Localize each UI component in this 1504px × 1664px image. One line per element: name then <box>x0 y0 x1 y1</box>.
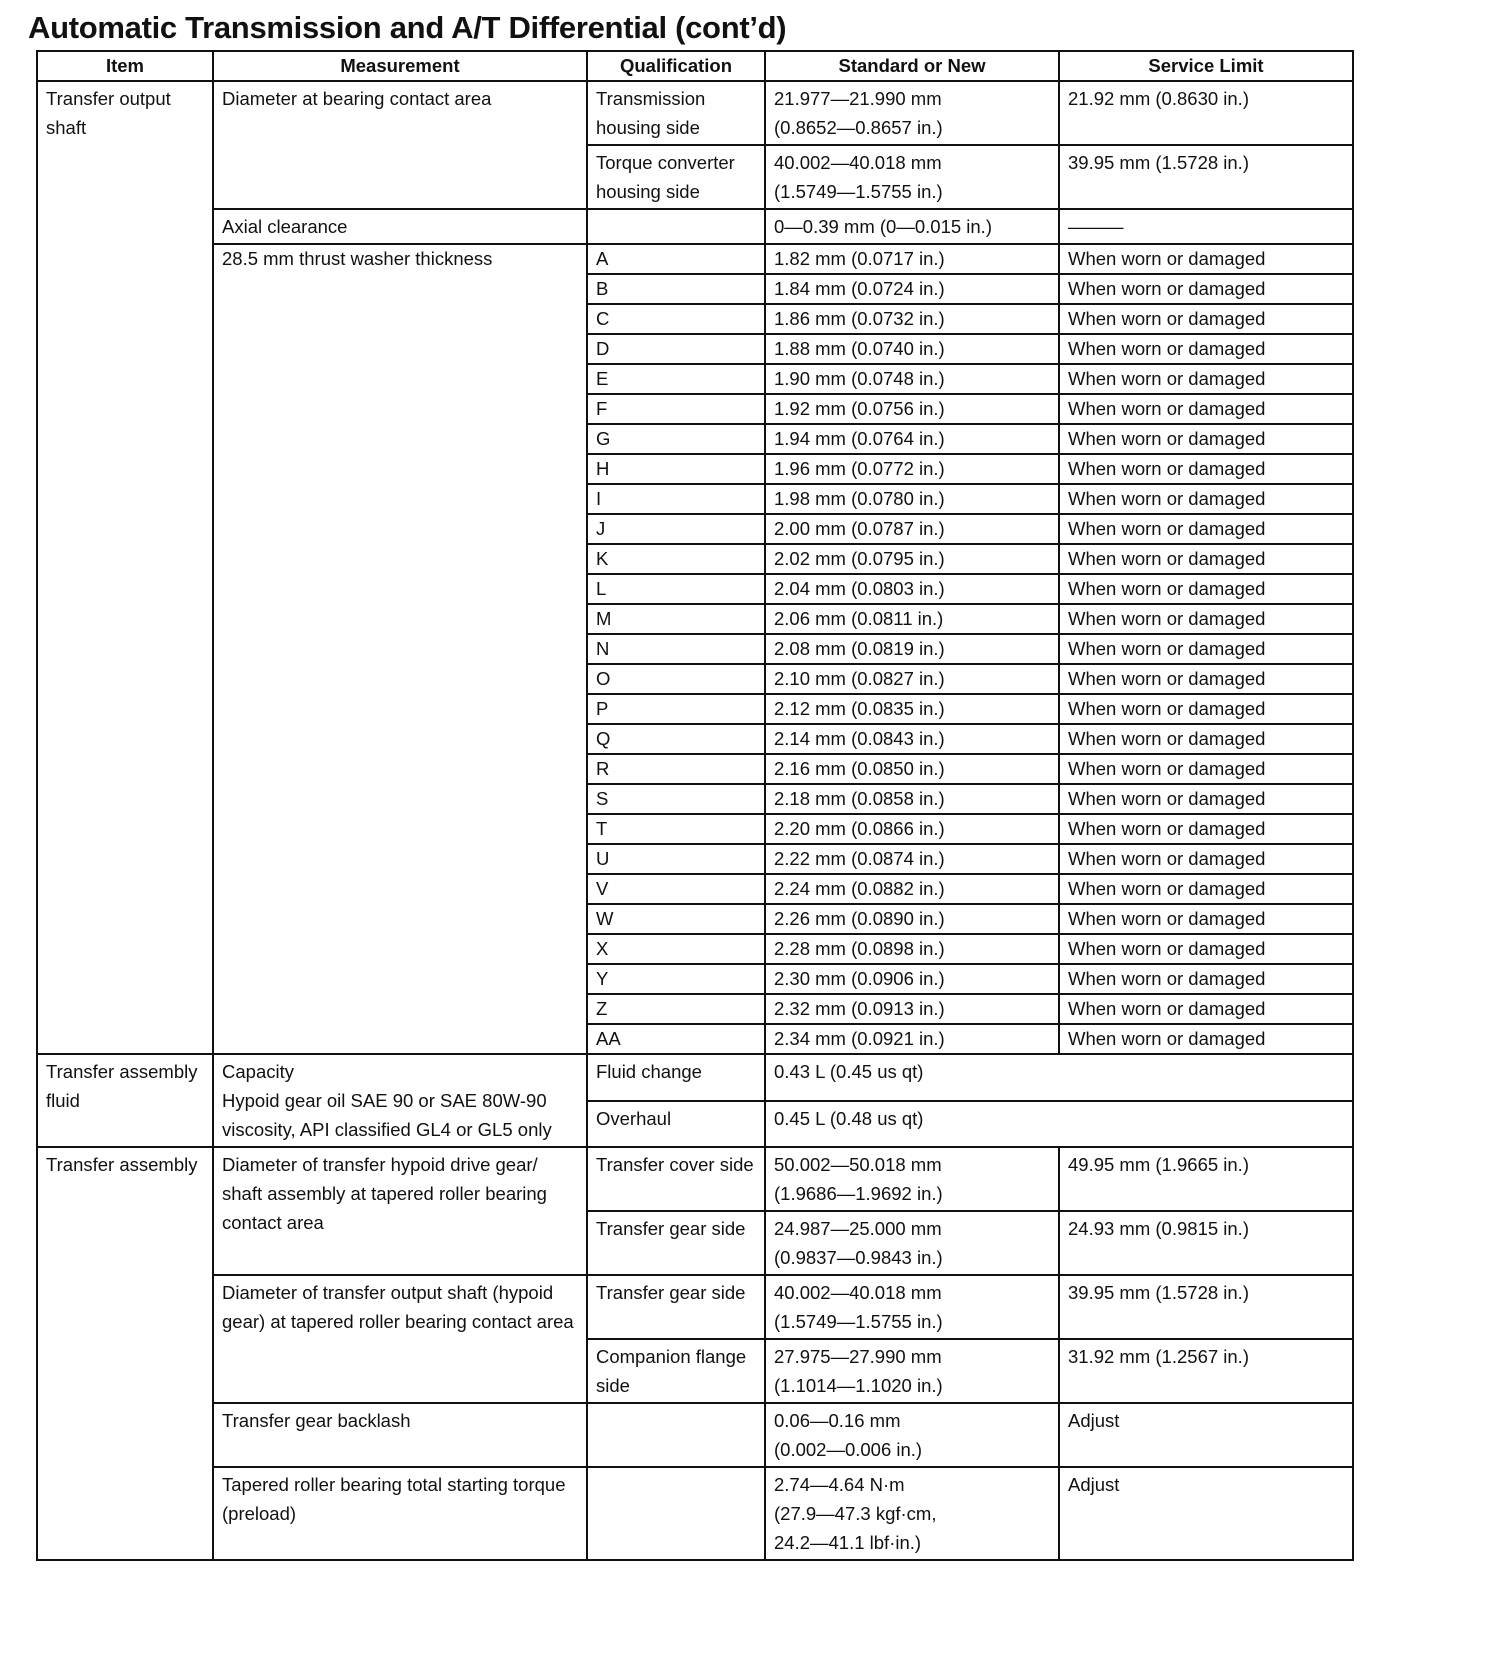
limit-cell: When worn or damaged <box>1059 724 1353 754</box>
qualification-cell: Y <box>587 964 765 994</box>
limit-cell: When worn or damaged <box>1059 964 1353 994</box>
qualification-cell: E <box>587 364 765 394</box>
qualification-cell: F <box>587 394 765 424</box>
standard-cell: 2.18 mm (0.0858 in.) <box>765 784 1059 814</box>
qualification-cell: X <box>587 934 765 964</box>
qualification-cell: N <box>587 634 765 664</box>
qualification-cell: O <box>587 664 765 694</box>
qualification-cell: A <box>587 244 765 274</box>
measurement-cell: Capacity Hypoid gear oil SAE 90 or SAE 8… <box>213 1054 587 1147</box>
standard-cell: 2.16 mm (0.0850 in.) <box>765 754 1059 784</box>
standard-cell: 1.96 mm (0.0772 in.) <box>765 454 1059 484</box>
limit-cell: When worn or damaged <box>1059 394 1353 424</box>
standard-cell: 2.34 mm (0.0921 in.) <box>765 1024 1059 1054</box>
measurement-cell: Tapered roller bearing total starting to… <box>213 1467 587 1560</box>
standard-cell: 2.30 mm (0.0906 in.) <box>765 964 1059 994</box>
limit-cell: 39.95 mm (1.5728 in.) <box>1059 145 1353 209</box>
spec-table: Item Measurement Qualification Standard … <box>36 50 1354 1561</box>
standard-cell: 24.987—25.000 mm (0.9837—0.9843 in.) <box>765 1211 1059 1275</box>
limit-cell: 49.95 mm (1.9665 in.) <box>1059 1147 1353 1211</box>
limit-cell: Adjust <box>1059 1467 1353 1560</box>
qualification-cell: P <box>587 694 765 724</box>
standard-cell: 2.14 mm (0.0843 in.) <box>765 724 1059 754</box>
qualification-cell: M <box>587 604 765 634</box>
measurement-cell: 28.5 mm thrust washer thickness <box>213 244 587 1054</box>
standard-cell: 50.002—50.018 mm (1.9686—1.9692 in.) <box>765 1147 1059 1211</box>
limit-cell: When worn or damaged <box>1059 874 1353 904</box>
header-measurement: Measurement <box>213 51 587 81</box>
qualification-cell: Transfer gear side <box>587 1211 765 1275</box>
limit-cell: When worn or damaged <box>1059 784 1353 814</box>
limit-cell: When worn or damaged <box>1059 1024 1353 1054</box>
limit-cell: 39.95 mm (1.5728 in.) <box>1059 1275 1353 1339</box>
item-cell: Transfer assembly fluid <box>37 1054 213 1147</box>
qualification-cell: T <box>587 814 765 844</box>
standard-cell: 2.02 mm (0.0795 in.) <box>765 544 1059 574</box>
measurement-cell: Diameter of transfer output shaft (hypoi… <box>213 1275 587 1403</box>
measurement-cell: Transfer gear backlash <box>213 1403 587 1467</box>
limit-cell: 31.92 mm (1.2567 in.) <box>1059 1339 1353 1403</box>
standard-cell: 0—0.39 mm (0—0.015 in.) <box>765 209 1059 244</box>
standard-cell: 1.90 mm (0.0748 in.) <box>765 364 1059 394</box>
standard-cell: 1.94 mm (0.0764 in.) <box>765 424 1059 454</box>
limit-cell: When worn or damaged <box>1059 934 1353 964</box>
qualification-cell: Companion flange side <box>587 1339 765 1403</box>
qualification-cell: V <box>587 874 765 904</box>
qualification-cell: S <box>587 784 765 814</box>
qualification-cell: Transfer cover side <box>587 1147 765 1211</box>
standard-cell: 2.04 mm (0.0803 in.) <box>765 574 1059 604</box>
standard-cell: 2.12 mm (0.0835 in.) <box>765 694 1059 724</box>
standard-cell: 2.08 mm (0.0819 in.) <box>765 634 1059 664</box>
limit-cell: Adjust <box>1059 1403 1353 1467</box>
limit-cell: ——— <box>1059 209 1353 244</box>
table-row: 28.5 mm thrust washer thickness A 1.82 m… <box>37 244 1353 274</box>
standard-cell: 1.84 mm (0.0724 in.) <box>765 274 1059 304</box>
limit-cell: When worn or damaged <box>1059 244 1353 274</box>
qualification-cell: L <box>587 574 765 604</box>
standard-cell: 2.32 mm (0.0913 in.) <box>765 994 1059 1024</box>
header-row: Item Measurement Qualification Standard … <box>37 51 1353 81</box>
qualification-cell: Z <box>587 994 765 1024</box>
standard-cell: 2.24 mm (0.0882 in.) <box>765 874 1059 904</box>
qualification-cell: J <box>587 514 765 544</box>
limit-cell: When worn or damaged <box>1059 904 1353 934</box>
limit-cell: When worn or damaged <box>1059 844 1353 874</box>
measurement-cell: Diameter of transfer hypoid drive gear/ … <box>213 1147 587 1275</box>
limit-cell: When worn or damaged <box>1059 304 1353 334</box>
qualification-cell: Torque converter housing side <box>587 145 765 209</box>
limit-cell: When worn or damaged <box>1059 334 1353 364</box>
limit-cell: 21.92 mm (0.8630 in.) <box>1059 81 1353 145</box>
measurement-cell: Diameter at bearing contact area <box>213 81 587 209</box>
limit-cell: When worn or damaged <box>1059 484 1353 514</box>
limit-cell: When worn or damaged <box>1059 424 1353 454</box>
standard-cell: 2.22 mm (0.0874 in.) <box>765 844 1059 874</box>
qualification-cell: R <box>587 754 765 784</box>
qualification-cell: C <box>587 304 765 334</box>
header-standard: Standard or New <box>765 51 1059 81</box>
limit-cell: When worn or damaged <box>1059 994 1353 1024</box>
limit-cell: When worn or damaged <box>1059 634 1353 664</box>
qualification-cell: Transfer gear side <box>587 1275 765 1339</box>
standard-cell: 2.06 mm (0.0811 in.) <box>765 604 1059 634</box>
table-row: Tapered roller bearing total starting to… <box>37 1467 1353 1560</box>
qualification-cell <box>587 209 765 244</box>
qualification-cell: Overhaul <box>587 1101 765 1148</box>
item-cell: Transfer assembly <box>37 1147 213 1560</box>
standard-cell: 2.28 mm (0.0898 in.) <box>765 934 1059 964</box>
limit-cell: When worn or damaged <box>1059 604 1353 634</box>
standard-cell: 1.92 mm (0.0756 in.) <box>765 394 1059 424</box>
header-service-limit: Service Limit <box>1059 51 1353 81</box>
measurement-cell: Axial clearance <box>213 209 587 244</box>
item-cell: Transfer output shaft <box>37 81 213 1054</box>
standard-cell: 2.20 mm (0.0866 in.) <box>765 814 1059 844</box>
table-row: Transfer output shaft Diameter at bearin… <box>37 81 1353 145</box>
qualification-cell: K <box>587 544 765 574</box>
value-cell: 0.43 L (0.45 us qt) <box>765 1054 1353 1101</box>
limit-cell: When worn or damaged <box>1059 544 1353 574</box>
qualification-cell: Q <box>587 724 765 754</box>
qualification-cell: H <box>587 454 765 484</box>
page-title: Automatic Transmission and A/T Different… <box>28 10 786 46</box>
limit-cell: When worn or damaged <box>1059 454 1353 484</box>
limit-cell: When worn or damaged <box>1059 754 1353 784</box>
qualification-cell: I <box>587 484 765 514</box>
standard-cell: 1.98 mm (0.0780 in.) <box>765 484 1059 514</box>
limit-cell: When worn or damaged <box>1059 274 1353 304</box>
header-item: Item <box>37 51 213 81</box>
qualification-cell <box>587 1467 765 1560</box>
limit-cell: When worn or damaged <box>1059 664 1353 694</box>
qualification-cell: D <box>587 334 765 364</box>
qualification-cell: U <box>587 844 765 874</box>
standard-cell: 27.975—27.990 mm (1.1014—1.1020 in.) <box>765 1339 1059 1403</box>
standard-cell: 21.977—21.990 mm (0.8652—0.8657 in.) <box>765 81 1059 145</box>
table-row: Diameter of transfer output shaft (hypoi… <box>37 1275 1353 1339</box>
qualification-cell: W <box>587 904 765 934</box>
limit-cell: When worn or damaged <box>1059 814 1353 844</box>
standard-cell: 1.82 mm (0.0717 in.) <box>765 244 1059 274</box>
qualification-cell: G <box>587 424 765 454</box>
standard-cell: 0.06—0.16 mm (0.002—0.006 in.) <box>765 1403 1059 1467</box>
standard-cell: 2.26 mm (0.0890 in.) <box>765 904 1059 934</box>
standard-cell: 2.10 mm (0.0827 in.) <box>765 664 1059 694</box>
qualification-cell: AA <box>587 1024 765 1054</box>
table-row: Axial clearance 0—0.39 mm (0—0.015 in.) … <box>37 209 1353 244</box>
table-row: Transfer gear backlash 0.06—0.16 mm (0.0… <box>37 1403 1353 1467</box>
table-row: Transfer assembly Diameter of transfer h… <box>37 1147 1353 1211</box>
limit-cell: When worn or damaged <box>1059 694 1353 724</box>
limit-cell: When worn or damaged <box>1059 364 1353 394</box>
standard-cell: 40.002—40.018 mm (1.5749—1.5755 in.) <box>765 145 1059 209</box>
limit-cell: When worn or damaged <box>1059 514 1353 544</box>
qualification-cell: Fluid change <box>587 1054 765 1101</box>
standard-cell: 40.002—40.018 mm (1.5749—1.5755 in.) <box>765 1275 1059 1339</box>
standard-cell: 2.74—4.64 N·m (27.9—47.3 kgf·cm, 24.2—41… <box>765 1467 1059 1560</box>
limit-cell: 24.93 mm (0.9815 in.) <box>1059 1211 1353 1275</box>
standard-cell: 2.00 mm (0.0787 in.) <box>765 514 1059 544</box>
value-cell: 0.45 L (0.48 us qt) <box>765 1101 1353 1148</box>
header-qualification: Qualification <box>587 51 765 81</box>
table-row: Transfer assembly fluid Capacity Hypoid … <box>37 1054 1353 1101</box>
limit-cell: When worn or damaged <box>1059 574 1353 604</box>
qualification-cell: B <box>587 274 765 304</box>
standard-cell: 1.88 mm (0.0740 in.) <box>765 334 1059 364</box>
qualification-cell <box>587 1403 765 1467</box>
standard-cell: 1.86 mm (0.0732 in.) <box>765 304 1059 334</box>
qualification-cell: Transmission housing side <box>587 81 765 145</box>
